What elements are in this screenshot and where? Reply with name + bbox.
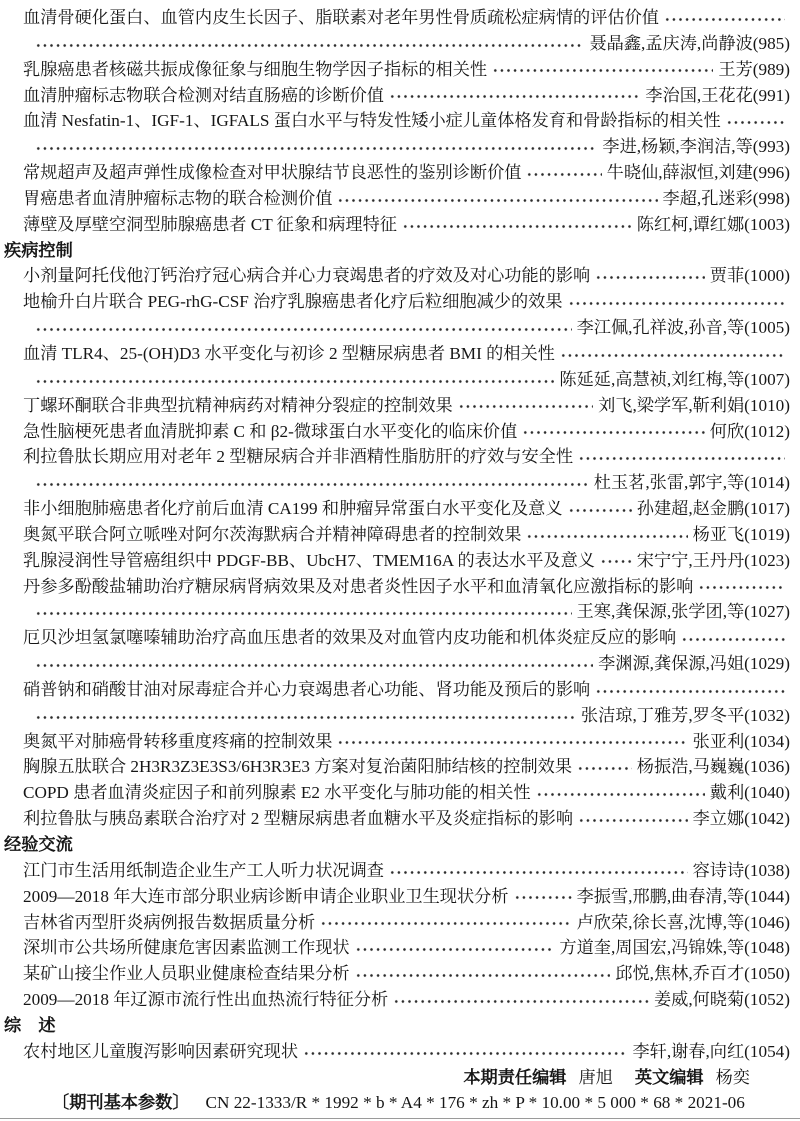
leader-dots (303, 1039, 627, 1065)
toc-entry-line: 杜玉茗,张雷,郭宇,等(1014) (35, 470, 790, 496)
entry-title: 小剂量阿托伐他汀钙治疗冠心病合并心力衰竭患者的疗效及对心功能的影响 (23, 263, 590, 289)
leader-dots (337, 186, 657, 212)
leader-dots (536, 780, 705, 806)
entry-authors: 王寒,龚保源,张学团,等(1027) (577, 599, 790, 625)
leader-dots (726, 108, 785, 134)
toc-entry-line: 李渊源,龚保源,冯姐(1029) (35, 651, 790, 677)
toc-entry-line: 某矿山接尘作业人员职业健康检查结果分析邱悦,焦林,乔百才(1050) (23, 961, 790, 987)
leader-dots (337, 729, 687, 755)
entry-authors: 何欣(1012) (710, 419, 790, 445)
toc-entry-line: COPD 患者血清炎症因子和前列腺素 E2 水平变化与肺功能的相关性戴利(104… (23, 780, 790, 806)
toc-entry-line: 胸腺五肽联合 2H3R3Z3E3S3/6H3R3E3 方案对复治菌阳肺结核的控制… (23, 754, 790, 780)
toc-entry-line: 丁螺环酮联合非典型抗精神病药对精神分裂症的控制效果刘飞,梁学军,靳利娟(1010… (23, 393, 790, 419)
journal-parameters-label: 〔期刊基本参数〕 (52, 1090, 190, 1116)
entry-title: 血清肿瘤标志物联合检测对结直肠癌的诊断价值 (23, 83, 384, 109)
entry-authors: 李振雪,邢鹏,曲春清,等(1044) (577, 884, 790, 910)
entry-authors: 姜威,何晓菊(1052) (654, 987, 790, 1013)
leader-dots (458, 393, 593, 419)
entry-authors: 杜玉茗,张雷,郭宇,等(1014) (594, 470, 790, 496)
toc-entry-line: 陈延延,高慧祯,刘红梅,等(1007) (35, 367, 790, 393)
entry-title: 利拉鲁肽与胰岛素联合治疗对 2 型糖尿病患者血糖水平及炎症指标的影响 (23, 806, 573, 832)
toc-entry-line: 2009—2018 年辽源市流行性出血热流行特征分析姜威,何晓菊(1052) (23, 987, 790, 1013)
entry-authors: 贾菲(1000) (710, 263, 790, 289)
leader-dots (526, 160, 601, 186)
entry-title: 血清骨硬化蛋白、血管内皮生长因子、脂联素对老年男性骨质疏松症病情的评估价值 (23, 5, 659, 31)
section-header: 疾病控制 (4, 238, 790, 264)
entry-authors: 王芳(989) (718, 57, 790, 83)
toc-entry-line: 胃癌患者血清肿瘤标志物的联合检测价值李超,孔迷彩(998) (23, 186, 790, 212)
leader-dots (595, 677, 785, 703)
entry-authors: 李治国,王花花(991) (645, 83, 790, 109)
entry-title: 农村地区儿童腹泻影响因素研究现状 (23, 1039, 298, 1065)
leader-dots (402, 212, 632, 238)
section-header: 综 述 (4, 1013, 790, 1039)
entry-authors: 邱悦,焦林,乔百才(1050) (615, 961, 790, 987)
toc-entry-line: 奥氮平联合阿立哌唑对阿尔茨海默病合并精神障碍患者的控制效果杨亚飞(1019) (23, 522, 790, 548)
entry-title: 非小细胞肺癌患者化疗前后血清 CA199 和肿瘤异常蛋白水平变化及意义 (23, 496, 563, 522)
entry-authors: 李渊源,龚保源,冯姐(1029) (598, 651, 790, 677)
entry-title: COPD 患者血清炎症因子和前列腺素 E2 水平变化与肺功能的相关性 (23, 780, 531, 806)
toc-entry-line: 地榆升白片联合 PEG-rhG-CSF 治疗乳腺癌患者化疗后粒细胞减少的效果 (23, 289, 790, 315)
entry-title: 江门市生活用纸制造企业生产工人听力状况调查 (23, 858, 384, 884)
toc-entry-line: 利拉鲁肽长期应用对老年 2 型糖尿病合并非酒精性脂肪肝的疗效与安全性 (23, 444, 790, 470)
toc-entry-line: 农村地区儿童腹泻影响因素研究现状李轩,谢春,向红(1054) (23, 1039, 790, 1065)
entry-title: 利拉鲁肽长期应用对老年 2 型糖尿病合并非酒精性脂肪肝的疗效与安全性 (23, 444, 573, 470)
toc-entry-line: 厄贝沙坦氢氯噻嗪辅助治疗高血压患者的效果及对血管内皮功能和机体炎症反应的影响 (23, 625, 790, 651)
leader-dots (578, 444, 785, 470)
toc-entry-line: 急性脑梗死患者血清胱抑素 C 和 β2-微球蛋白水平变化的临床价值何欣(1012… (23, 419, 790, 445)
toc-entry-line: 张洁琼,丁雅芳,罗冬平(1032) (35, 703, 790, 729)
leader-dots (578, 806, 688, 832)
entry-title: 2009—2018 年大连市部分职业病诊断申请企业职业卫生现状分析 (23, 884, 509, 910)
leader-dots (35, 703, 576, 729)
english-editor-name: 杨奕 (716, 1065, 750, 1091)
leader-dots (35, 134, 597, 160)
leader-dots (568, 496, 632, 522)
entry-authors: 张亚利(1034) (693, 729, 790, 755)
entry-authors: 张洁琼,丁雅芳,罗冬平(1032) (581, 703, 790, 729)
toc-entry-line: 聂晶鑫,孟庆涛,尚静波(985) (35, 31, 790, 57)
entry-title: 胸腺五肽联合 2H3R3Z3E3S3/6H3R3E3 方案对复治菌阳肺结核的控制… (23, 754, 572, 780)
leader-dots (35, 367, 554, 393)
toc-entry-line: 乳腺癌患者核磁共振成像征象与细胞生物学因子指标的相关性王芳(989) (23, 57, 790, 83)
toc-entry-line: 王寒,龚保源,张学团,等(1027) (35, 599, 790, 625)
leader-dots (355, 961, 611, 987)
leader-dots (698, 574, 785, 600)
leader-dots (664, 5, 785, 31)
entry-authors: 杨振浩,马巍巍(1036) (637, 754, 790, 780)
leader-dots (568, 289, 785, 315)
toc-entry-line: 血清骨硬化蛋白、血管内皮生长因子、脂联素对老年男性骨质疏松症病情的评估价值 (23, 5, 790, 31)
entry-authors: 方道奎,周国宏,冯锦姝,等(1048) (559, 935, 790, 961)
entry-title: 地榆升白片联合 PEG-rhG-CSF 治疗乳腺癌患者化疗后粒细胞减少的效果 (23, 289, 563, 315)
entry-title: 某矿山接尘作业人员职业健康检查结果分析 (23, 961, 350, 987)
leader-dots (320, 910, 571, 936)
entry-authors: 李立娜(1042) (693, 806, 790, 832)
editors-line: 本期责任编辑 唐旭 英文编辑 杨奕 (4, 1065, 790, 1091)
journal-toc-page: 血清骨硬化蛋白、血管内皮生长因子、脂联素对老年男性骨质疏松症病情的评估价值聂晶鑫… (0, 0, 800, 1116)
leader-dots (600, 548, 632, 574)
responsible-editor-label: 本期责任编辑 (463, 1065, 566, 1091)
leader-dots (355, 935, 555, 961)
toc-entry-line: 2009—2018 年大连市部分职业病诊断申请企业职业卫生现状分析李振雪,邢鹏,… (23, 884, 790, 910)
leader-dots (35, 315, 572, 341)
entry-title: 丹参多酚酸盐辅助治疗糖尿病肾病效果及对患者炎性因子水平和血清氧化应激指标的影响 (23, 574, 693, 600)
toc-entry-line: 血清 Nesfatin-1、IGF-1、IGFALS 蛋白水平与特发性矮小症儿童… (23, 108, 790, 134)
toc-entry-line: 血清肿瘤标志物联合检测对结直肠癌的诊断价值李治国,王花花(991) (23, 83, 790, 109)
entry-title: 硝普钠和硝酸甘油对尿毒症合并心力衰竭患者心功能、肾功能及预后的影响 (23, 677, 590, 703)
toc-entry-line: 乳腺浸润性导管癌组织中 PDGF-BB、UbcH7、TMEM16A 的表达水平及… (23, 548, 790, 574)
toc-entry-line: 奥氮平对肺癌骨转移重度疼痛的控制效果张亚利(1034) (23, 729, 790, 755)
entry-title: 血清 TLR4、25-(OH)D3 水平变化与初诊 2 型糖尿病患者 BMI 的… (23, 341, 555, 367)
toc-entry-line: 利拉鲁肽与胰岛素联合治疗对 2 型糖尿病患者血糖水平及炎症指标的影响李立娜(10… (23, 806, 790, 832)
responsible-editor-name: 唐旭 (578, 1065, 612, 1091)
entry-authors: 牛晓仙,薛淑恒,刘建(996) (607, 160, 790, 186)
entry-title: 急性脑梗死患者血清胱抑素 C 和 β2-微球蛋白水平变化的临床价值 (23, 419, 517, 445)
entry-title: 常规超声及超声弹性成像检查对甲状腺结节良恶性的鉴别诊断价值 (23, 160, 521, 186)
entry-title: 深圳市公共场所健康危害因素监测工作现状 (23, 935, 350, 961)
toc-entry-line: 江门市生活用纸制造企业生产工人听力状况调查容诗诗(1038) (23, 858, 790, 884)
entry-authors: 杨亚飞(1019) (693, 522, 790, 548)
entry-authors: 孙建超,赵金鹏(1017) (637, 496, 790, 522)
toc-entry-line: 非小细胞肺癌患者化疗前后血清 CA199 和肿瘤异常蛋白水平变化及意义孙建超,赵… (23, 496, 790, 522)
entry-title: 厄贝沙坦氢氯噻嗪辅助治疗高血压患者的效果及对血管内皮功能和机体炎症反应的影响 (23, 625, 676, 651)
entry-title: 乳腺浸润性导管癌组织中 PDGF-BB、UbcH7、TMEM16A 的表达水平及… (23, 548, 595, 574)
entry-authors: 容诗诗(1038) (693, 858, 790, 884)
leader-dots (35, 651, 593, 677)
leader-dots (389, 858, 688, 884)
leader-dots (526, 522, 687, 548)
toc-entry-line: 血清 TLR4、25-(OH)D3 水平变化与初诊 2 型糖尿病患者 BMI 的… (23, 341, 790, 367)
leader-dots (393, 987, 649, 1013)
toc-entry-line: 李进,杨颖,李润洁,等(993) (35, 134, 790, 160)
entry-authors: 聂晶鑫,孟庆涛,尚静波(985) (589, 31, 790, 57)
toc-entry-line: 薄壁及厚壁空洞型肺腺癌患者 CT 征象和病理特征陈红柯,谭红娜(1003) (23, 212, 790, 238)
entry-authors: 刘飞,梁学军,靳利娟(1010) (598, 393, 790, 419)
entry-title: 奥氮平对肺癌骨转移重度疼痛的控制效果 (23, 729, 332, 755)
leader-dots (514, 884, 572, 910)
leader-dots (35, 31, 584, 57)
entry-title: 丁螺环酮联合非典型抗精神病药对精神分裂症的控制效果 (23, 393, 453, 419)
toc-entry-line: 硝普钠和硝酸甘油对尿毒症合并心力衰竭患者心功能、肾功能及预后的影响 (23, 677, 790, 703)
journal-parameters-line: 〔期刊基本参数〕 CN 22-1333/R * 1992 * b * A4 * … (4, 1090, 790, 1116)
entry-title: 吉林省丙型肝炎病例报告数据质量分析 (23, 910, 315, 936)
entry-title: 血清 Nesfatin-1、IGF-1、IGFALS 蛋白水平与特发性矮小症儿童… (23, 108, 721, 134)
entry-authors: 陈红柯,谭红娜(1003) (637, 212, 790, 238)
leader-dots (35, 470, 589, 496)
entry-authors: 戴利(1040) (710, 780, 790, 806)
toc-entry-line: 李江佩,孔祥波,孙音,等(1005) (35, 315, 790, 341)
toc-entry-line: 吉林省丙型肝炎病例报告数据质量分析卢欣荣,徐长喜,沈博,等(1046) (23, 910, 790, 936)
leader-dots (681, 625, 785, 651)
toc-entry-line: 常规超声及超声弹性成像检查对甲状腺结节良恶性的鉴别诊断价值牛晓仙,薛淑恒,刘建(… (23, 160, 790, 186)
leader-dots (522, 419, 705, 445)
toc-entry-line: 深圳市公共场所健康危害因素监测工作现状方道奎,周国宏,冯锦姝,等(1048) (23, 935, 790, 961)
english-editor-label: 英文编辑 (635, 1065, 704, 1091)
entry-authors: 李轩,谢春,向红(1054) (632, 1039, 790, 1065)
entry-title: 2009—2018 年辽源市流行性出血热流行特征分析 (23, 987, 388, 1013)
leader-dots (577, 754, 632, 780)
entry-authors: 李江佩,孔祥波,孙音,等(1005) (577, 315, 790, 341)
leader-dots (595, 263, 705, 289)
entry-authors: 陈延延,高慧祯,刘红梅,等(1007) (559, 367, 790, 393)
entry-authors: 卢欣荣,徐长喜,沈博,等(1046) (577, 910, 790, 936)
page-bottom-rule (0, 1118, 800, 1119)
leader-dots (35, 599, 572, 625)
leader-dots (492, 57, 713, 83)
entry-title: 薄壁及厚壁空洞型肺腺癌患者 CT 征象和病理特征 (23, 212, 397, 238)
journal-parameters-value: CN 22-1333/R * 1992 * b * A4 * 176 * zh … (206, 1090, 745, 1116)
entry-title: 胃癌患者血清肿瘤标志物的联合检测价值 (23, 186, 332, 212)
toc-entry-line: 小剂量阿托伐他汀钙治疗冠心病合并心力衰竭患者的疗效及对心功能的影响贾菲(1000… (23, 263, 790, 289)
section-header: 经验交流 (4, 832, 790, 858)
leader-dots (560, 341, 785, 367)
toc-entry-line: 丹参多酚酸盐辅助治疗糖尿病肾病效果及对患者炎性因子水平和血清氧化应激指标的影响 (23, 574, 790, 600)
entry-authors: 李超,孔迷彩(998) (663, 186, 790, 212)
leader-dots (389, 83, 640, 109)
table-of-contents: 血清骨硬化蛋白、血管内皮生长因子、脂联素对老年男性骨质疏松症病情的评估价值聂晶鑫… (4, 5, 790, 1065)
entry-title: 乳腺癌患者核磁共振成像征象与细胞生物学因子指标的相关性 (23, 57, 487, 83)
entry-authors: 宋宁宁,王丹丹(1023) (637, 548, 790, 574)
entry-title: 奥氮平联合阿立哌唑对阿尔茨海默病合并精神障碍患者的控制效果 (23, 522, 521, 548)
entry-authors: 李进,杨颖,李润洁,等(993) (602, 134, 790, 160)
